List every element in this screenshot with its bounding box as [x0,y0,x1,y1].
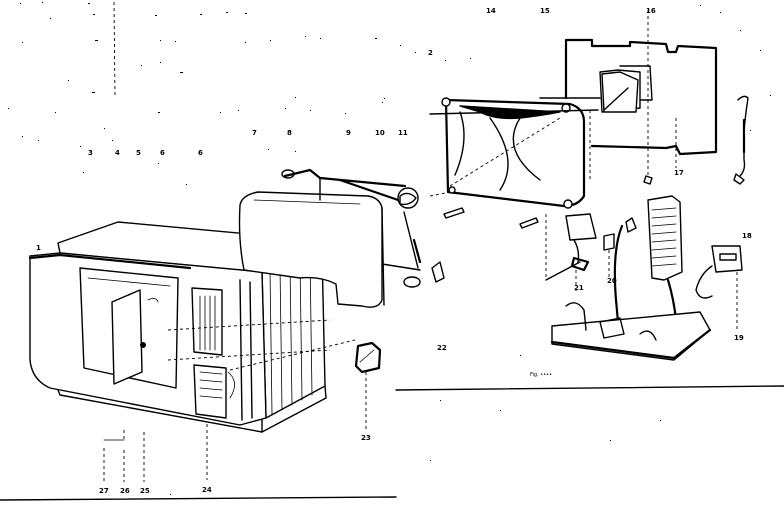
callout-24: 24 [202,486,212,494]
callout-20: 20 [607,277,617,285]
leader-line [114,2,115,98]
callout-11: 11 [398,129,408,137]
callout-8: 8 [287,129,292,137]
callout-25: 25 [140,487,150,495]
callout-6b: 6 [198,149,203,157]
callout-7: 7 [252,129,257,137]
callout-23: 23 [361,434,371,442]
callout-19: 19 [734,334,744,342]
parts-diagram: 3 4 5 6 6 7 8 9 10 11 2 14 15 16 17 18 1… [0,0,784,516]
control-plate-23 [356,343,380,430]
callout-26: 26 [120,487,130,495]
callout-22: 22 [437,344,447,352]
separator-lines [0,386,784,500]
callout-10: 10 [375,129,385,137]
callout-9: 9 [346,129,351,137]
callout-4: 4 [115,149,120,157]
callout-6: 6 [160,149,165,157]
callout-5: 5 [136,149,141,157]
footnote: Fig. •••• [530,372,552,378]
callout-16: 16 [646,7,656,15]
electrical-assembly [546,196,742,360]
callout-18: 18 [742,232,752,240]
callout-21: 21 [574,284,584,292]
callout-15: 15 [540,7,550,15]
callout-3: 3 [88,149,93,157]
callout-27: 27 [99,487,109,495]
callout-17: 17 [674,169,684,177]
callout-14: 14 [486,7,496,15]
evaporator-coil [430,98,598,228]
callout-1: 1 [36,244,41,252]
callout-2: 2 [428,49,433,57]
bottom-leaders [104,424,207,482]
